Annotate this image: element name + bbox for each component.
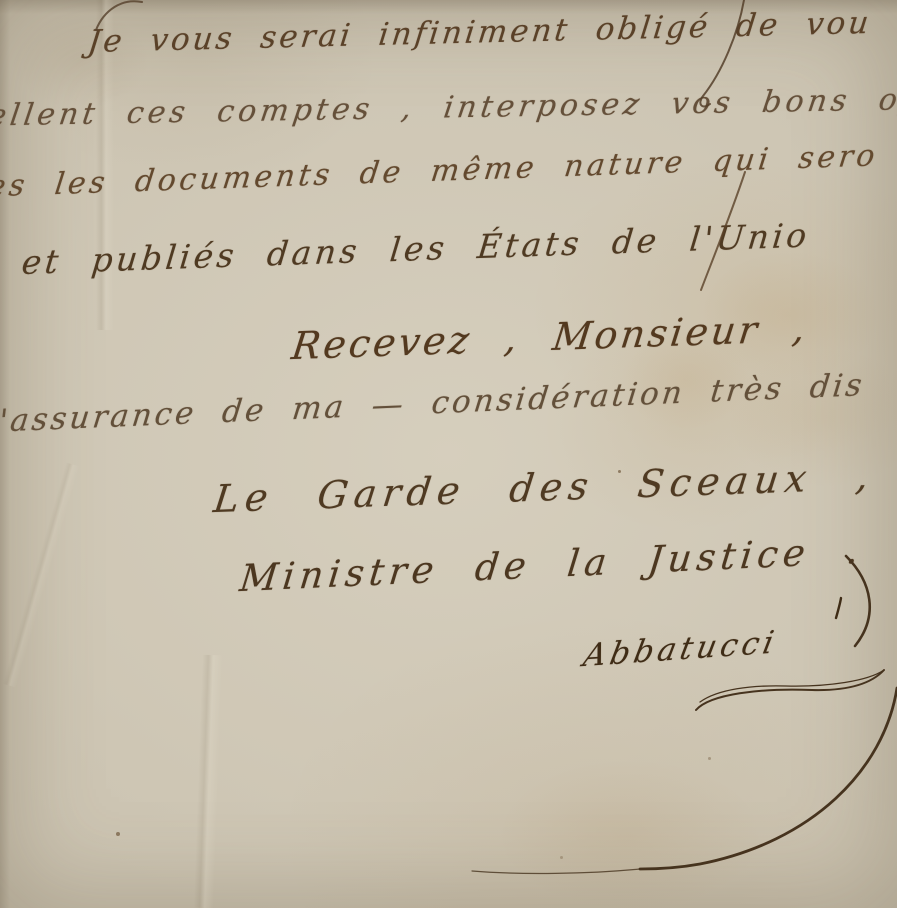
manuscript-line-2: mellent ces comptes , interposez vos bon… <box>0 82 897 134</box>
signature-underloop <box>696 670 884 710</box>
manuscript-line-garde-des-sceaux: Le Garde des Sceaux , <box>211 454 877 521</box>
manuscript-line-salutation: Recevez , Monsieur , <box>289 306 810 368</box>
photo-edge-shadow-left <box>0 0 10 908</box>
signature-paraphe-sweep <box>640 688 897 869</box>
manuscript-line-ministre-justice: Ministre de la Justice . <box>238 529 866 601</box>
foxing-speck <box>560 856 563 859</box>
signature-abbatucci: Abbatucci <box>580 624 780 674</box>
paper-stain <box>500 760 760 908</box>
foxing-speck <box>116 832 120 836</box>
signature-underloop-return <box>700 670 884 702</box>
paper-crease <box>3 463 80 688</box>
manuscript-photo: Je vous serai infiniment obligé de vou m… <box>0 0 897 908</box>
signature-apostrophe-mark <box>836 598 841 618</box>
signature-paraphe-tail <box>472 869 640 873</box>
foxing-speck <box>708 757 711 760</box>
manuscript-line-6: l'assurance de ma — considération très d… <box>0 367 867 440</box>
manuscript-line-4: et publiés dans les États de l'Unio <box>20 215 812 282</box>
ink-flourishes <box>0 0 897 908</box>
paper-crease <box>194 655 223 908</box>
manuscript-line-3: res les documents de même nature qui ser… <box>0 138 880 205</box>
